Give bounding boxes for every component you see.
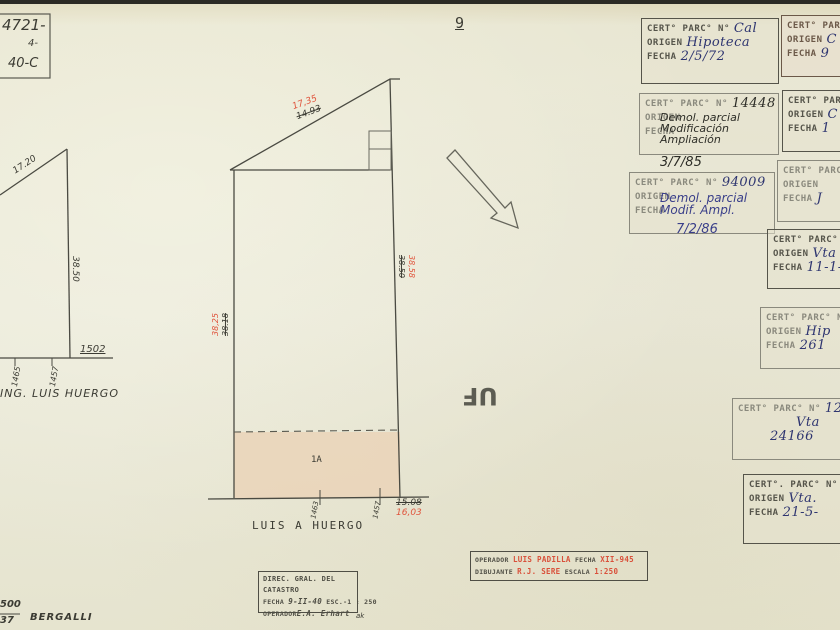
fecha-value: 24166 [770, 430, 814, 444]
fecha-label: FECHA [766, 339, 796, 353]
origen-label: ORIGEN [788, 108, 824, 122]
origen-value: C [828, 108, 838, 122]
corner-note-line1: 4721- [2, 16, 46, 34]
unit-label: 1A [311, 455, 322, 465]
north-arrow-icon [447, 150, 518, 228]
lot-1a-highlight [234, 432, 400, 498]
cert-stamp-3-fecha-handwriting: 3/7/85 [660, 155, 702, 170]
bergalli-street-name: BERGALLI [30, 612, 93, 623]
origen-label: ORIGEN [749, 492, 785, 506]
catastro-escala: ESC.-1 : 250 [326, 598, 377, 606]
cert-stamp-9: CERT° PARC° N°123 Vta 24166 [732, 398, 840, 460]
cert-label: CERT° PARC° N° [645, 97, 728, 111]
cert-stamp-5-fecha-handwriting: 7/2/86 [676, 222, 718, 237]
page-number: 9 [455, 14, 464, 32]
cert-label: CERT° PARC [788, 94, 840, 108]
origen-label: ORIGEN [787, 33, 823, 47]
cert-label: CERT° PARC° N° [766, 311, 840, 325]
bottom-number-2: 37 [0, 615, 14, 626]
main-lot-right-dimension-black: 38.50 [397, 255, 406, 278]
main-street-name: LUIS A HUERGO [252, 519, 364, 532]
cert-value: 94009 [722, 176, 766, 190]
main-lot-left-dimension-red: 38,25 [211, 313, 220, 336]
fecha-label: FECHA [773, 261, 803, 275]
catastro-operador-value: E.A. Erhart [297, 609, 350, 618]
cert-label: CERT° PARC [787, 19, 840, 33]
origen-label: ORIGEN [773, 247, 809, 261]
origen-value: Vta [813, 247, 837, 261]
cert-label: CERT°. PARC° N° [749, 478, 838, 492]
catastro-fecha-label: FECHA [263, 598, 284, 606]
origen-value: Hip [806, 325, 831, 339]
cert-label: CERT° PARC [783, 164, 840, 178]
left-lot-side-dimension: 38.50 [70, 256, 80, 282]
dibujante-label: DIBUJANTE [475, 568, 513, 576]
fecha-value: 11-1- [807, 261, 840, 275]
cert-label: CERT° PARC° N° [635, 176, 718, 190]
main-lot-frontage-red: 16,03 [396, 508, 422, 518]
bottom-number-1: 500 [0, 599, 21, 610]
fecha-value: 2/5/72 [681, 50, 726, 64]
origen-label: ORIGEN [783, 178, 819, 192]
main-lot-left-dimension-black: 38.18 [221, 313, 230, 336]
origen-label: ORIGEN [766, 325, 802, 339]
fecha-value: 261 [800, 339, 826, 353]
cert-value: 123 [825, 402, 840, 416]
cert-label: CERT° PARC° N° [738, 402, 821, 416]
main-lot-right-dimension-red: 38,58 [407, 255, 416, 278]
catastro-fecha-value: 9-II-40 [288, 597, 322, 606]
fecha-value: J [817, 192, 823, 206]
origen-value: C [827, 33, 837, 47]
operator-label: OPERADOR [475, 556, 509, 564]
operator-fecha-value: XII-945 [600, 555, 634, 564]
left-street-name: ING. LUIS HUERGO [0, 387, 119, 400]
cert-stamp-1: CERT° PARC° N°Cal ORIGENHipoteca FECHA2/… [641, 18, 779, 84]
cert-value: 14448 [732, 97, 776, 111]
cert-stamp-8: CERT° PARC° N° ORIGENHip FECHA261 [760, 307, 840, 369]
cert-label: CERT° PARC° N° [647, 22, 730, 36]
fecha-label: FECHA [788, 122, 818, 136]
cert-value: Cal [734, 22, 757, 36]
origen-value: Vta [796, 416, 820, 430]
uf-label: UF [462, 382, 498, 410]
cert-stamp-2: CERT° PARC ORIGENC FECHA9 [781, 15, 840, 77]
main-lot-frontage-black: 15.08 [396, 498, 422, 508]
operator-stamp: OPERADOR LUIS PADILLA FECHA XII-945 DIBU… [470, 551, 648, 581]
cert-stamp-3-origen-handwriting: Demol. parcial Modificación Ampliación [660, 112, 790, 145]
fecha-value: 9 [821, 47, 830, 61]
dibujante-value: R.J. SERE [517, 567, 560, 576]
cert-stamp-5-origen-handwriting: Demol. parcial Modif. Ampl. [660, 192, 770, 216]
left-lot-frontage-dimension: 1502 [80, 344, 105, 355]
cert-stamp-7: CERT° PARC° N ORIGENVta FECHA11-1- [767, 229, 840, 289]
escala-label: ESCALA [565, 568, 590, 576]
catastro-operador-label: OPERADOR [263, 610, 297, 618]
cert-stamp-10: CERT°. PARC° N°C ORIGENVta. FECHA21-5- [743, 474, 840, 544]
origen-value: Hipoteca [687, 36, 751, 50]
operator-value: LUIS PADILLA [513, 555, 571, 564]
cert-label: CERT° PARC° N [773, 233, 840, 247]
corner-note-line3: 40-C [8, 56, 38, 71]
cert-stamp-6: CERT° PARC ORIGEN FECHAJ [777, 160, 840, 222]
fecha-label: FECHA [647, 50, 677, 64]
cert-stamp-4: CERT° PARC ORIGENC FECHA1 [782, 90, 840, 152]
escala-value: 1:250 [594, 567, 618, 576]
catastro-initials: ak [356, 612, 364, 620]
catastro-stamp: DIREC. GRAL. DEL CATASTRO FECHA 9-II-40 … [258, 571, 358, 613]
fecha-label: FECHA [787, 47, 817, 61]
fecha-value: 21-5- [783, 506, 819, 520]
corner-note-line2: 4- [28, 38, 38, 49]
fecha-label: FECHA [749, 506, 779, 520]
origen-value: Vta. [789, 492, 818, 506]
fecha-label: FECHA [783, 192, 813, 206]
fecha-value: 1 [822, 122, 831, 136]
origen-label: ORIGEN [647, 36, 683, 50]
catastro-title: DIREC. GRAL. DEL CATASTRO [263, 574, 353, 596]
operator-fecha-label: FECHA [575, 556, 596, 564]
